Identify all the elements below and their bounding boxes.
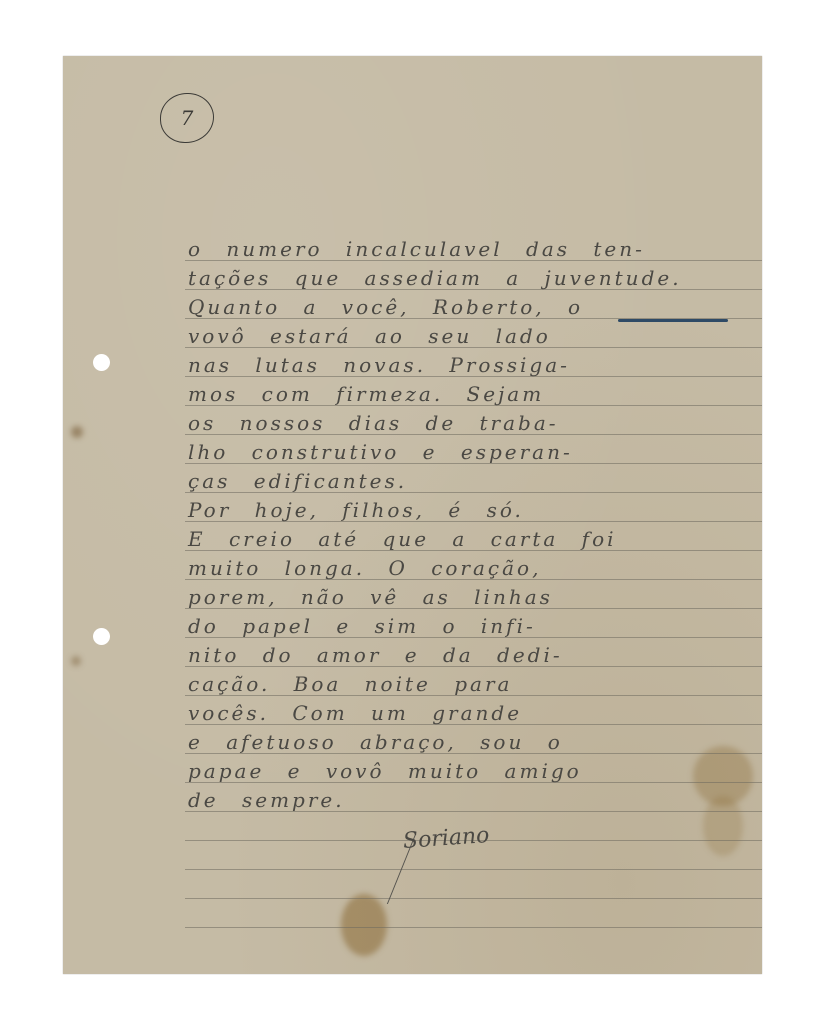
text-line: E creio até que a carta foi bbox=[188, 526, 752, 552]
page-number: 7 bbox=[181, 106, 194, 130]
text-line: muito longa. O coração, bbox=[188, 555, 752, 581]
signature: Soriano bbox=[402, 823, 490, 854]
text-line: os nossos dias de traba- bbox=[188, 410, 752, 436]
text-line: nito do amor e da dedi- bbox=[188, 642, 752, 668]
text-line: mos com firmeza. Sejam bbox=[188, 381, 752, 407]
text-line: papae e vovô muito amigo bbox=[188, 758, 752, 784]
water-stain bbox=[341, 894, 387, 956]
text-line: Quanto a você, Roberto, o bbox=[188, 294, 752, 320]
text-line: cação. Boa noite para bbox=[188, 671, 752, 697]
text-line: de sempre. bbox=[188, 787, 752, 813]
text-line: vovô estará ao seu lado bbox=[188, 323, 752, 349]
text-line: Por hoje, filhos, é só. bbox=[188, 497, 752, 523]
text-line: ças edificantes. bbox=[188, 468, 752, 494]
ruled-line bbox=[185, 869, 762, 870]
ruled-line bbox=[185, 898, 762, 899]
text-line: do papel e sim o infi- bbox=[188, 613, 752, 639]
text-line: vocês. Com um grande bbox=[188, 700, 752, 726]
text-line: tações que assediam a juventude. bbox=[188, 265, 752, 291]
text-line: lho construtivo e esperan- bbox=[188, 439, 752, 465]
text-line: o numero incalculavel das ten- bbox=[188, 236, 752, 262]
page-number-circle: 7 bbox=[160, 93, 214, 143]
text-line: porem, não vê as linhas bbox=[188, 584, 752, 610]
ruled-line bbox=[185, 927, 762, 928]
spot bbox=[71, 426, 83, 438]
text-line: e afetuoso abraço, sou o bbox=[188, 729, 752, 755]
letter-page: 7 o numero incalculavel das ten- tações … bbox=[63, 56, 762, 974]
text-line: nas lutas novas. Prossiga- bbox=[188, 352, 752, 378]
spot bbox=[71, 656, 81, 666]
blue-pencil-underline bbox=[618, 319, 728, 322]
punch-hole-top bbox=[93, 354, 110, 371]
punch-hole-bottom bbox=[93, 628, 110, 645]
